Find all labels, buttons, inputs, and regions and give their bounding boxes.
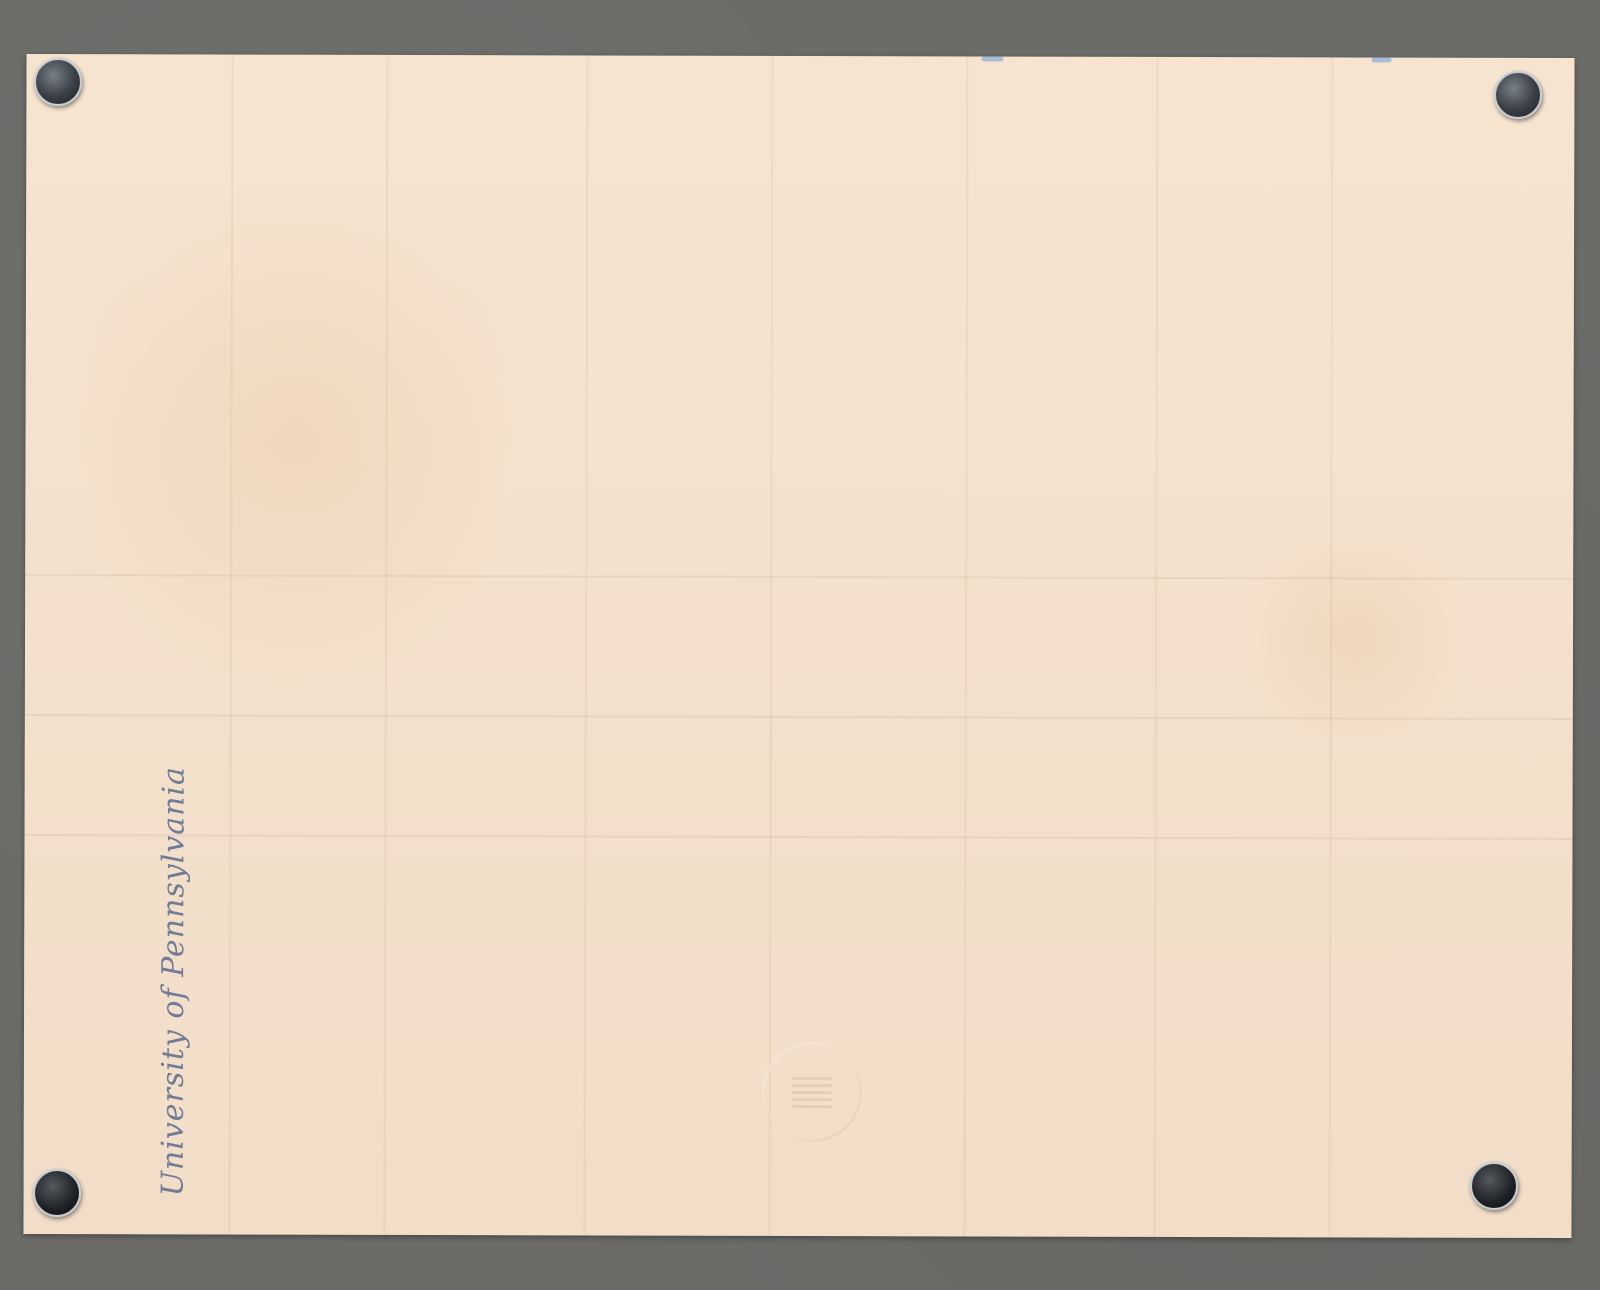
seal-stripe [792,1090,832,1093]
age-stain [1225,537,1486,738]
seal-stripe [792,1076,832,1079]
magnet-bottom-left [33,1169,81,1217]
paper-sheet: University of Pennsylvania [23,54,1574,1238]
seal-stripe [792,1083,832,1086]
fold-line [583,55,588,1235]
magnet-top-right [1494,71,1542,119]
fold-line [24,834,1572,840]
embossed-seal [762,1042,862,1142]
age-stain [85,134,507,735]
blue-mark [1372,57,1392,62]
seal-stripe [792,1104,832,1107]
blue-mark [982,56,1004,61]
magnet-top-left [34,58,82,106]
handwritten-inscription: University of Pennsylvania [156,766,192,1196]
seal-stripe [792,1097,832,1100]
fold-line [963,56,968,1236]
magnet-bottom-right [1470,1162,1518,1210]
fold-line [1153,57,1158,1237]
